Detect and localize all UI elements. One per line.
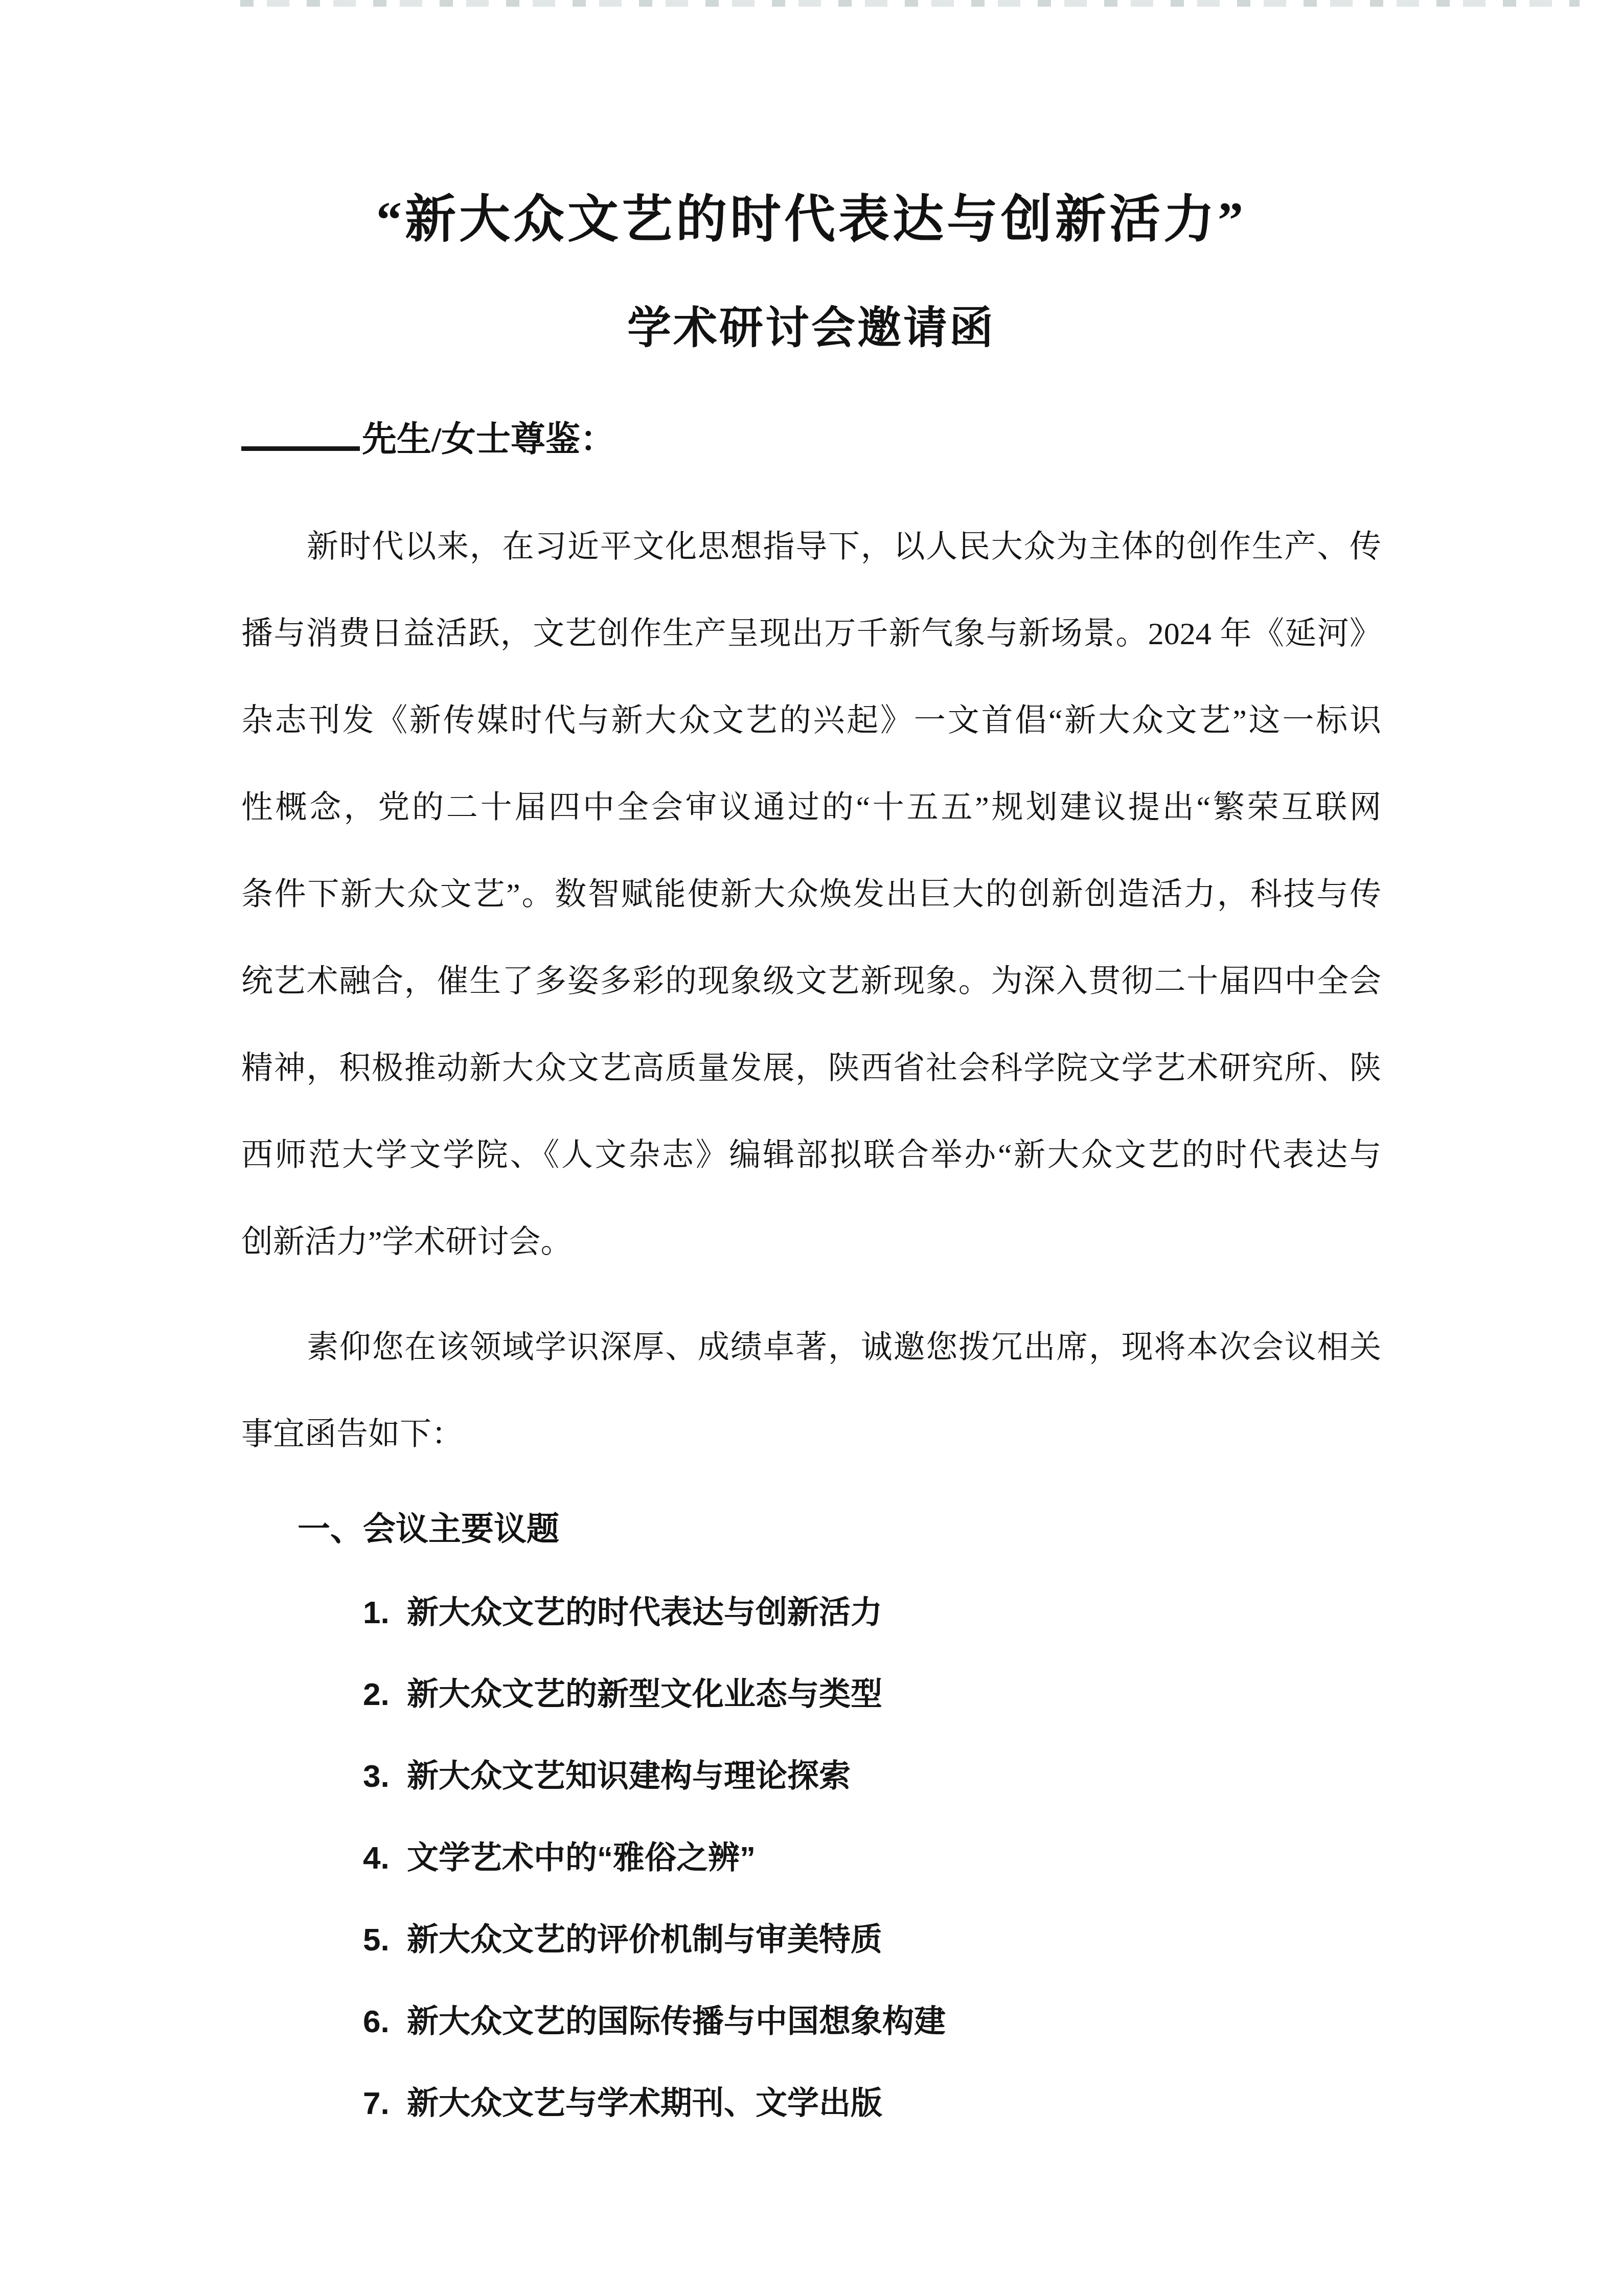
paragraph-1-line: 西师范大学文学院、《人文杂志》编辑部拟联合举办“新大众文艺的时代表达与: [241, 1112, 1381, 1199]
paragraph-1-line: 播与消费日益活跃，文艺创作生产呈现出万千新气象与新场景。2024 年《延河》: [241, 590, 1381, 677]
topic-text: 新大众文艺知识建构与理论探索: [407, 1759, 851, 1794]
paragraph-1-line: 新时代以来，在习近平文化思想指导下，以人民大众为主体的创作生产、传: [241, 504, 1381, 590]
paragraph-1: 新时代以来，在习近平文化思想指导下，以人民大众为主体的创作生产、传 播与消费日益…: [241, 504, 1381, 1286]
topic-item: 4.文学艺术中的“雅俗之辨”: [363, 1817, 1381, 1899]
document-title: “新大众文艺的时代表达与创新活力”: [241, 190, 1381, 249]
topic-item: 3.新大众文艺知识建构与理论探索: [363, 1736, 1381, 1817]
paragraph-2: 素仰您在该领域学识深厚、成绩卓著，诚邀您拨冗出席，现将本次会议相关 事宜函告如下…: [241, 1304, 1381, 1478]
scan-top-artifact: [240, 0, 1580, 7]
topic-text: 新大众文艺的时代表达与创新活力: [407, 1595, 882, 1630]
salutation-text: 先生/女士尊鉴：: [362, 420, 615, 459]
topic-text: 新大众文艺的国际传播与中国想象构建: [407, 2004, 946, 2039]
topic-item: 7.新大众文艺与学术期刊、文学出版: [363, 2063, 1381, 2145]
paragraph-1-line: 性概念，党的二十届四中全会审议通过的“十五五”规划建议提出“繁荣互联网: [241, 764, 1381, 851]
recipient-name-blank: [241, 413, 360, 451]
section-heading-topics: 一、会议主要议题: [241, 1485, 1381, 1572]
paragraph-1-line: 精神，积极推动新大众文艺高质量发展，陕西省社会科学院文学艺术研究所、陕: [241, 1025, 1381, 1112]
letter-content: “新大众文艺的时代表达与创新活力” 学术研讨会邀请函 先生/女士尊鉴： 新时代以…: [0, 0, 1622, 2145]
paragraph-1-line: 杂志刊发《新传媒时代与新大众文艺的兴起》一文首倡“新大众文艺”这一标识: [241, 677, 1381, 764]
salutation-line: 先生/女士尊鉴：: [241, 408, 1381, 470]
topic-number: 3.: [363, 1736, 407, 1817]
topic-item: 6.新大众文艺的国际传播与中国想象构建: [363, 1981, 1381, 2063]
paragraph-2-line: 事宜函告如下：: [241, 1391, 1381, 1478]
topic-text: 新大众文艺的评价机制与审美特质: [407, 1922, 882, 1958]
topic-list: 1.新大众文艺的时代表达与创新活力 2.新大众文艺的新型文化业态与类型 3.新大…: [363, 1572, 1381, 2145]
document-subtitle: 学术研讨会邀请函: [241, 292, 1381, 356]
topic-text: 文学艺术中的“雅俗之辨”: [407, 1840, 756, 1876]
paragraph-2-line: 素仰您在该领域学识深厚、成绩卓著，诚邀您拨冗出席，现将本次会议相关: [241, 1304, 1381, 1391]
topic-item: 1.新大众文艺的时代表达与创新活力: [363, 1572, 1381, 1654]
topic-text: 新大众文艺与学术期刊、文学出版: [407, 2086, 882, 2121]
paragraph-1-line: 条件下新大众文艺”。数智赋能使新大众焕发出巨大的创新创造活力，科技与传: [241, 851, 1381, 938]
topic-item: 2.新大众文艺的新型文化业态与类型: [363, 1654, 1381, 1736]
topic-number: 5.: [363, 1899, 407, 1981]
topic-number: 2.: [363, 1654, 407, 1736]
topic-number: 7.: [363, 2063, 407, 2145]
invitation-letter-page: “新大众文艺的时代表达与创新活力” 学术研讨会邀请函 先生/女士尊鉴： 新时代以…: [0, 0, 1622, 2296]
topic-number: 4.: [363, 1817, 407, 1899]
paragraph-1-line: 创新活力”学术研讨会。: [241, 1199, 1381, 1286]
topic-text: 新大众文艺的新型文化业态与类型: [407, 1677, 882, 1712]
topic-number: 1.: [363, 1572, 407, 1654]
topic-item: 5.新大众文艺的评价机制与审美特质: [363, 1899, 1381, 1981]
paragraph-1-line: 统艺术融合，催生了多姿多彩的现象级文艺新现象。为深入贯彻二十届四中全会: [241, 938, 1381, 1025]
topic-number: 6.: [363, 1981, 407, 2063]
